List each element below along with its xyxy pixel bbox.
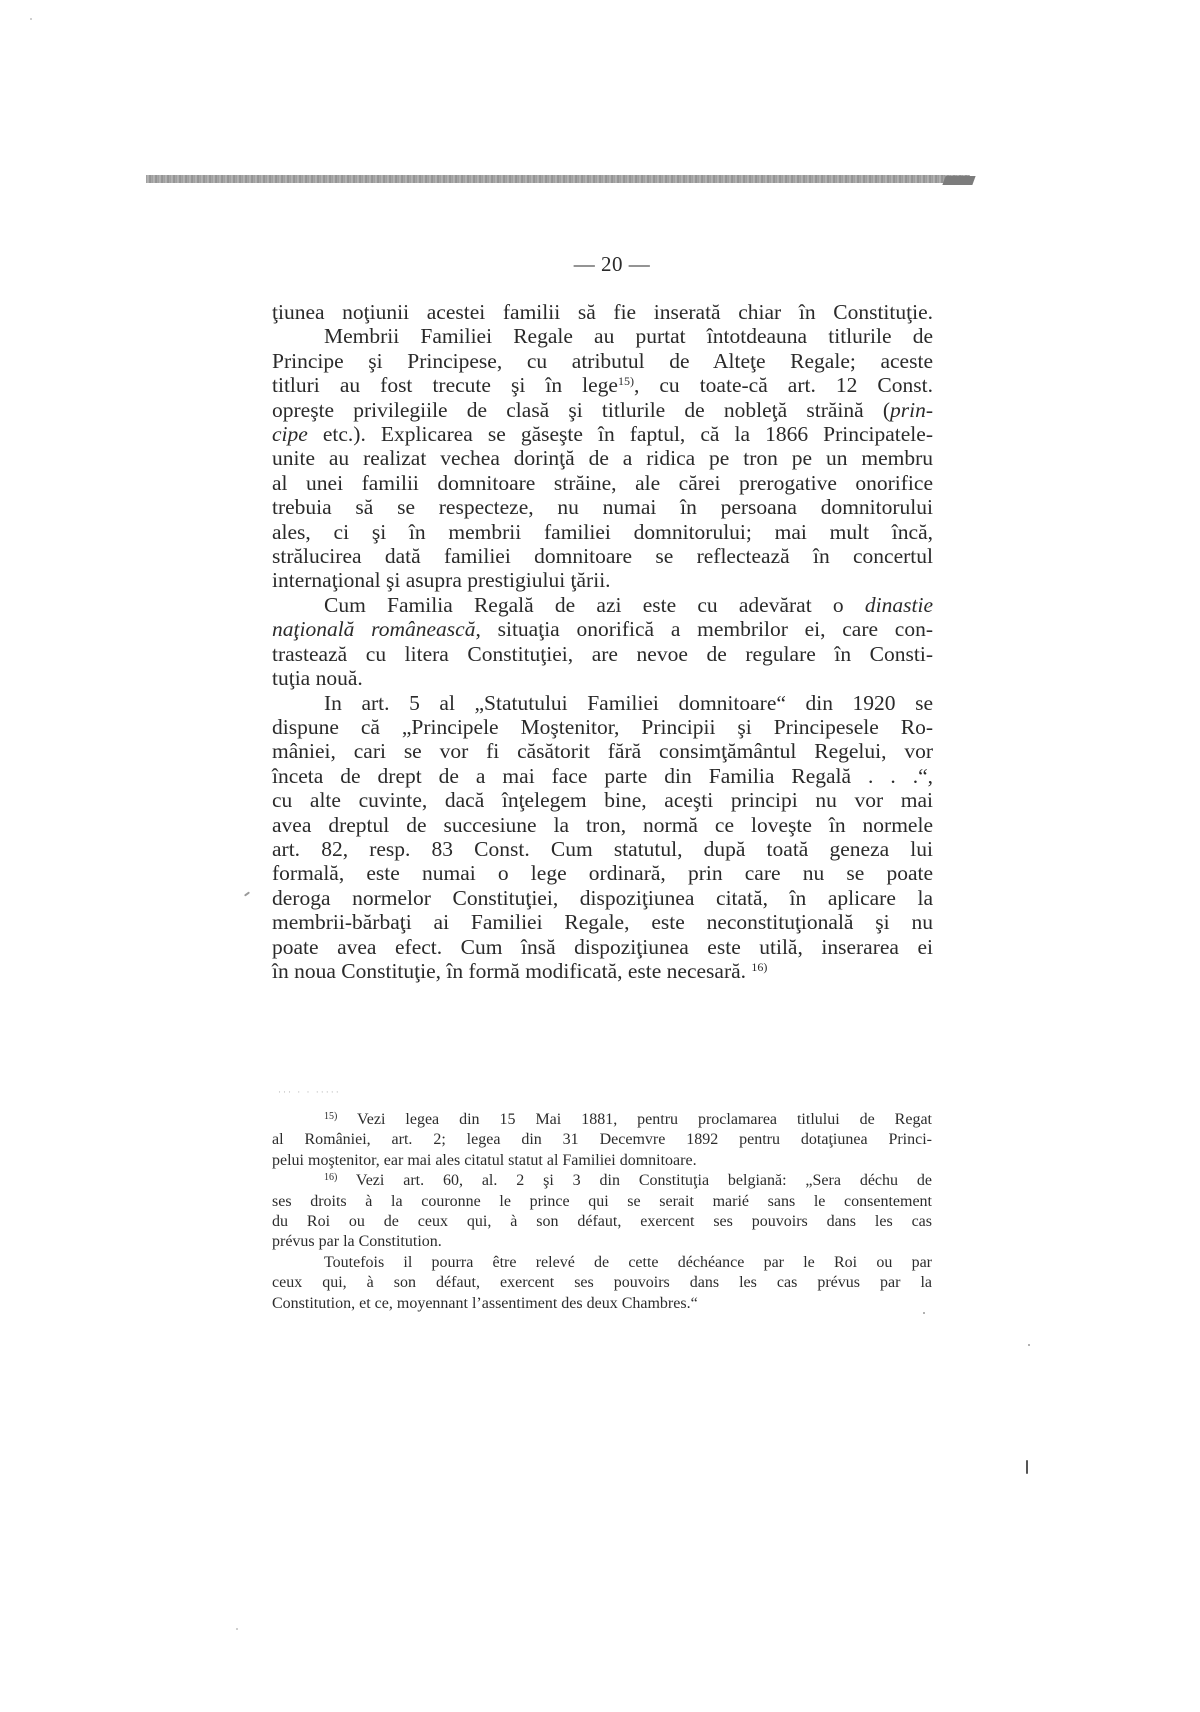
footnote-15-line: al României, art. 2; legea din 31 Decemv… xyxy=(272,1130,932,1150)
text-line: formală, este numai o lege ordinară, pri… xyxy=(272,861,933,885)
text-span: trebuia să se respecteze, nu numai în pe… xyxy=(272,495,933,519)
text-span: In art. 5 al „Statutului Familiei domnit… xyxy=(324,691,933,715)
footnotes-section: 15) Vezi legea din 15 Mai 1881, pentru p… xyxy=(272,1110,932,1314)
text-line: cu alte cuvinte, dacă înţelegem bine, ac… xyxy=(272,788,933,812)
text-line: titluri au fost trecute şi în lege15), c… xyxy=(272,373,933,397)
text-line: ţiunea noţiunii acestei familii să fie i… xyxy=(272,300,933,324)
text-line: In art. 5 al „Statutului Familiei domnit… xyxy=(272,691,933,715)
text-span: unite au realizat vechea dorinţă de a ri… xyxy=(272,446,933,470)
text-line: opreşte privilegiile de clasă şi titluri… xyxy=(272,398,933,422)
page-header-rule xyxy=(146,175,970,183)
text-line: în noua Constituţie, în formă modificată… xyxy=(272,959,933,983)
text-span: ţiunea noţiunii acestei familii să fie i… xyxy=(272,300,933,324)
footnote-text: ceux qui, à son défaut, exercent ses pou… xyxy=(272,1274,932,1291)
text-span: Cum Familia Regală de azi este cu adevăr… xyxy=(324,593,865,617)
text-span: poate avea efect. Cum însă dispoziţiunea… xyxy=(272,935,933,959)
footnote-text: al României, art. 2; legea din 31 Decemv… xyxy=(272,1131,932,1148)
text-line: mâniei, cari se vor fi căsătorit fără co… xyxy=(272,739,933,763)
page-number: — 20 — xyxy=(0,252,1200,277)
text-line: avea dreptul de succesiune la tron, norm… xyxy=(272,813,933,837)
scan-speck xyxy=(30,18,32,20)
scan-speck xyxy=(1028,1344,1030,1346)
text-span: în noua Constituţie, în formă modificată… xyxy=(272,959,751,983)
text-span: art. 82, resp. 83 Const. Cum statutul, d… xyxy=(272,837,933,861)
text-line: Principe şi Principese, cu atributul de … xyxy=(272,349,933,373)
footnote-text: Toutefois il pourra être relevé de cette… xyxy=(324,1254,932,1271)
text-span: dispune că „Principele Moştenitor, Princ… xyxy=(272,715,933,739)
text-span: mâniei, cari se vor fi căsătorit fără co… xyxy=(272,739,933,763)
text-span: trastează cu litera Constituţiei, are ne… xyxy=(272,642,933,666)
footnote-16-line: du Roi ou de ceux qui, à son défaut, exe… xyxy=(272,1212,932,1232)
footnote-text: Constitution, et ce, moyennant l’assenti… xyxy=(272,1295,698,1312)
text-line: trebuia să se respecteze, nu numai în pe… xyxy=(272,495,933,519)
scan-speck xyxy=(244,891,250,896)
main-text-body: ţiunea noţiunii acestei familii să fie i… xyxy=(272,300,933,983)
text-line: înceta de drept de a mai face parte din … xyxy=(272,764,933,788)
text-span: ales, ci şi în membrii familiei domnitor… xyxy=(272,520,933,544)
text-line: cipe etc.). Explicarea se găseşte în fap… xyxy=(272,422,933,446)
text-line: Cum Familia Regală de azi este cu adevăr… xyxy=(272,593,933,617)
footnote-15-line: 15) Vezi legea din 15 Mai 1881, pentru p… xyxy=(272,1110,932,1130)
text-line: naţională românească, situaţia onorifică… xyxy=(272,617,933,641)
text-span: membrii-bărbaţi ai Familiei Regale, este… xyxy=(272,910,933,934)
footnote-15-line: pelui moştenitor, ear mai ales citatul s… xyxy=(272,1151,932,1171)
text-span: Principe şi Principese, cu atributul de … xyxy=(272,349,933,373)
text-span: deroga normelor Constituţiei, dispoziţiu… xyxy=(272,886,933,910)
text-span: , cu toate-că art. 12 Const. xyxy=(634,373,933,397)
text-span: etc.). Explicarea se găseşte în faptul, … xyxy=(308,422,933,446)
footnote-16-line: 16) Vezi art. 60, al. 2 şi 3 din Constit… xyxy=(272,1171,932,1191)
text-line: internaţional şi asupra prestigiului ţăr… xyxy=(272,568,933,592)
text-span: titluri au fost trecute şi în lege xyxy=(272,373,618,397)
text-span: strălucirea dată familiei domnitoare se … xyxy=(272,544,933,568)
text-span: internaţional şi asupra prestigiului ţăr… xyxy=(272,568,611,592)
text-line: deroga normelor Constituţiei, dispoziţiu… xyxy=(272,886,933,910)
text-line: strălucirea dată familiei domnitoare se … xyxy=(272,544,933,568)
scan-speck xyxy=(236,1628,238,1630)
text-line: tuţia nouă. xyxy=(272,666,933,690)
footnote-ref-15[interactable]: 15) xyxy=(618,374,634,388)
footnote-16-line: prévus par la Constitution. xyxy=(272,1232,932,1252)
text-span: al unei familii domnitoare străine, ale … xyxy=(272,471,933,495)
text-span: opreşte privilegiile de clasă şi titluri… xyxy=(272,398,890,422)
text-span: , situaţia onorifică a membrilor ei, car… xyxy=(475,617,933,641)
footnote-16-line: ceux qui, à son défaut, exercent ses pou… xyxy=(272,1273,932,1293)
text-line: art. 82, resp. 83 Const. Cum statutul, d… xyxy=(272,837,933,861)
footnote-text: prévus par la Constitution. xyxy=(272,1233,442,1250)
text-line: membrii-bărbaţi ai Familiei Regale, este… xyxy=(272,910,933,934)
text-span: avea dreptul de succesiune la tron, norm… xyxy=(272,813,933,837)
footnote-16-line: Toutefois il pourra être relevé de cette… xyxy=(272,1253,932,1273)
footnote-text: du Roi ou de ceux qui, à son défaut, exe… xyxy=(272,1213,932,1230)
scan-speck xyxy=(923,1312,925,1314)
footnote-16-line: ses droits à la couronne le prince qui s… xyxy=(272,1192,932,1212)
text-span: înceta de drept de a mai face parte din … xyxy=(272,764,933,788)
footnote-15-marker: 15) xyxy=(324,1111,337,1122)
footnote-ref-16[interactable]: 16) xyxy=(751,960,767,974)
italic-span: cipe xyxy=(272,422,308,446)
footnote-16-marker: 16) xyxy=(324,1172,337,1183)
text-line: unite au realizat vechea dorinţă de a ri… xyxy=(272,446,933,470)
footnote-text: Vezi legea din 15 Mai 1881, pentru procl… xyxy=(337,1111,932,1128)
scan-speck xyxy=(1026,1460,1028,1474)
footnote-16-line: Constitution, et ce, moyennant l’assenti… xyxy=(272,1294,932,1314)
footnote-text: ses droits à la couronne le prince qui s… xyxy=(272,1193,932,1210)
footnote-text: pelui moştenitor, ear mai ales citatul s… xyxy=(272,1152,697,1169)
text-line: al unei familii domnitoare străine, ale … xyxy=(272,471,933,495)
text-line: trastează cu litera Constituţiei, are ne… xyxy=(272,642,933,666)
italic-span: dinastie xyxy=(865,593,933,617)
italic-span: naţională românească xyxy=(272,617,475,641)
text-span: Membrii Familiei Regale au purtat întotd… xyxy=(324,324,933,348)
text-span: formală, este numai o lege ordinară, pri… xyxy=(272,861,933,885)
text-line: poate avea efect. Cum însă dispoziţiunea… xyxy=(272,935,933,959)
text-span: cu alte cuvinte, dacă înţelegem bine, ac… xyxy=(272,788,933,812)
text-line: Membrii Familiei Regale au purtat întotd… xyxy=(272,324,933,348)
text-line: ales, ci şi în membrii familiei domnitor… xyxy=(272,520,933,544)
text-span: tuţia nouă. xyxy=(272,666,363,690)
text-line: dispune că „Principele Moştenitor, Princ… xyxy=(272,715,933,739)
italic-span: prin- xyxy=(890,398,933,422)
footnote-text: Vezi art. 60, al. 2 şi 3 din Constituţia… xyxy=(337,1172,932,1189)
footnote-separator: ··· · · ····· xyxy=(278,1087,341,1097)
